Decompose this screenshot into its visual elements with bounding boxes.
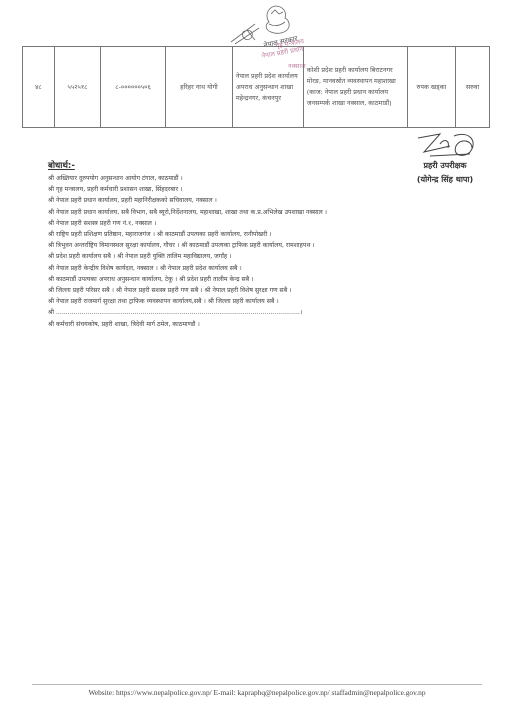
footer-contact: Website: https://www.nepalpolice.gov.np/… xyxy=(32,684,482,697)
cc-line: श्री प्रदेश प्रहरी कार्यालय सबै । श्री न… xyxy=(48,251,478,262)
cc-line: श्री ...................................… xyxy=(48,307,478,318)
stamp-icon: गृह मन्त्रालय नेपाल प्रहरी प्रधान नक्साल xyxy=(258,38,328,78)
serial-cell: ४८ xyxy=(23,47,55,128)
transfer-table: ४८ ५५२५१८ ८-००००००५०६ हरिहर नाथ योगी नेप… xyxy=(22,46,490,128)
office-stamp: गृह मन्त्रालय नेपाल प्रहरी प्रधान नक्साल xyxy=(258,38,328,78)
cc-line: श्री काठमाडौं उपत्यका अपराध अनुसन्धान का… xyxy=(48,274,478,285)
cc-line: श्री नेपाल प्रहरी राजमार्ग सुरक्षा तथा ट… xyxy=(48,296,478,307)
document-page: नेपाल सरकार ४८ ५५२५१८ ८-००००००५०६ हरिहर … xyxy=(0,0,512,720)
svg-text:नक्साल: नक्साल xyxy=(288,62,306,70)
remarks-cell: सरुवा xyxy=(456,47,490,128)
cc-line: श्री नेपाल प्रहरी प्रधान कार्यालय, सबै व… xyxy=(48,207,478,218)
id-number-cell: ५५२५१८ xyxy=(54,47,100,128)
rank-cell: रुपक खड्का xyxy=(407,47,455,128)
cc-heading: बोधार्थ:- xyxy=(48,160,478,171)
cc-line: श्री त्रिभुवन अन्तर्राष्ट्रिय विमानस्थल … xyxy=(48,240,478,251)
cc-line: श्री नेपाल प्रहरी केन्द्रीय विशेष कार्यद… xyxy=(48,263,478,274)
cc-list: बोधार्थ:- श्री अख्तियार दुरुपयोग अनुसन्ध… xyxy=(48,160,478,330)
table-row: ४८ ५५२५१८ ८-००००००५०६ हरिहर नाथ योगी नेप… xyxy=(23,47,490,128)
cc-line: श्री अख्तियार दुरुपयोग अनुसन्धान आयोग टं… xyxy=(48,173,478,184)
code-cell: ८-००००००५०६ xyxy=(101,47,166,128)
cc-line: श्री गृह मन्त्रालय, प्रहरी कर्मचारी प्रश… xyxy=(48,184,478,195)
signature-icon xyxy=(410,128,480,162)
cc-line: श्री कर्मचारी संचयकोष, प्रहरी शाखा, त्रि… xyxy=(48,319,478,330)
name-cell: हरिहर नाथ योगी xyxy=(165,47,232,128)
cc-line: श्री राष्ट्रिय प्रहरी प्रशिक्षण प्रतिष्ठ… xyxy=(48,229,478,240)
cc-line: श्री नेपाल प्रहरी सशस्त्र प्रहरी गण नं.१… xyxy=(48,218,478,229)
cc-line: श्री जिल्ला प्रहरी परिसर सबै । श्री नेपा… xyxy=(48,285,478,296)
cc-line: श्री नेपाल प्रहरी प्रधान कार्यालय, प्रहर… xyxy=(48,195,478,206)
